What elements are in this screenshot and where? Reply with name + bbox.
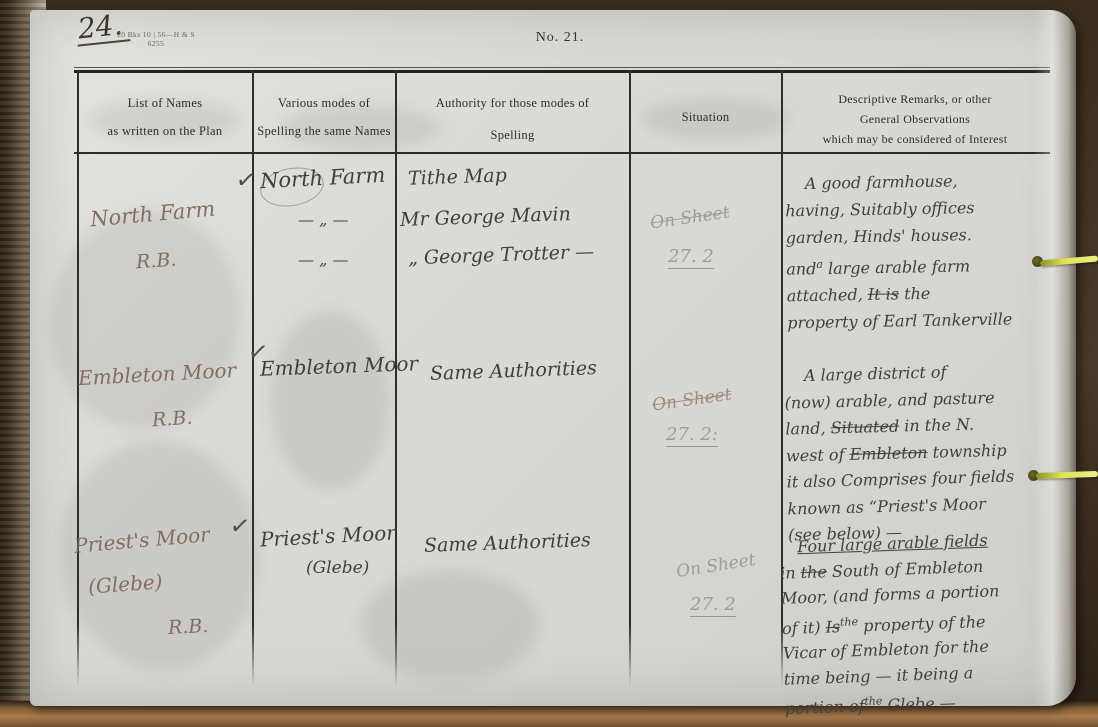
row2-authority: Same Authorities bbox=[430, 357, 597, 385]
remarks-text: township bbox=[927, 440, 1007, 461]
row3-initials: R.B. bbox=[167, 615, 208, 639]
struck-word: the bbox=[800, 562, 827, 582]
column-divider-1 bbox=[252, 70, 254, 686]
remarks-text: the bbox=[899, 284, 931, 304]
header-remarks-line1: Descriptive Remarks, or other bbox=[782, 92, 1048, 107]
remarks-line: property of Earl Tankerville bbox=[787, 305, 1057, 337]
remarks-text: in the N. bbox=[899, 415, 974, 436]
row2-remarks: A large district of (now) arable, and pa… bbox=[784, 356, 1059, 549]
row1-spelling: North Farm bbox=[259, 163, 385, 194]
row1-authority-1: Tithe Map bbox=[408, 164, 508, 189]
header-spelling-line2: Spelling the same Names bbox=[253, 124, 395, 139]
header-names-line1: List of Names bbox=[78, 96, 252, 111]
remarks-text: South of Embleton bbox=[827, 556, 984, 580]
header-names-line2: as written on the Plan bbox=[78, 124, 252, 139]
column-divider-2 bbox=[395, 70, 397, 686]
register-page: 24. 20 Bks 10 | 56—H & S 6255 No. 21. Li… bbox=[30, 10, 1076, 706]
struck-word: It is bbox=[868, 285, 899, 305]
remarks-text: property of the bbox=[858, 612, 986, 635]
printer-imprint-line1: 20 Bks 10 | 56—H & S bbox=[88, 30, 224, 39]
struck-word: Is bbox=[825, 617, 840, 636]
row1-situation-ref: 27. 2 bbox=[668, 246, 714, 267]
row1-remarks: A good farmhouse, having, Suitably offic… bbox=[785, 166, 1058, 337]
table-top-rule-thick bbox=[74, 70, 1050, 73]
row3-situation-ref: 27. 2 bbox=[690, 594, 736, 615]
row1-ditto-1: — „ — bbox=[298, 210, 348, 229]
remarks-text: west of bbox=[786, 444, 850, 465]
row1-authority-3: „ George Trotter — bbox=[408, 241, 595, 269]
remarks-text: land, bbox=[785, 418, 831, 438]
inserted-word: the bbox=[840, 615, 858, 629]
remarks-text: Glebe — bbox=[882, 693, 956, 715]
remarks-text: of it) bbox=[782, 617, 826, 638]
row2-situation-ref: 27. 2: bbox=[666, 424, 718, 445]
inserted-word: the bbox=[864, 695, 882, 709]
header-remarks-line3: which may be considered of Interest bbox=[782, 132, 1048, 147]
row3-authority: Same Authorities bbox=[424, 529, 591, 557]
remarks-text: in bbox=[780, 563, 801, 583]
page-mottling bbox=[36, 198, 255, 442]
surveyor-checkmark: ✓ bbox=[234, 165, 258, 197]
scanned-register-photo: 24. 20 Bks 10 | 56—H & S 6255 No. 21. Li… bbox=[0, 0, 1098, 727]
row3-remarks: Four large arable fields in the South of… bbox=[779, 525, 1061, 722]
row1-ditto-2: — „ — bbox=[298, 250, 348, 269]
printer-imprint: 20 Bks 10 | 56—H & S 6255 bbox=[88, 30, 224, 48]
remarks-line: anda large arable farm bbox=[786, 247, 1057, 283]
row3-spelling: Priest's Moor bbox=[259, 520, 396, 551]
row1-authority-2: Mr George Mavin bbox=[400, 203, 571, 231]
header-situation: Situation bbox=[630, 110, 781, 125]
row3-sheet-number: 27. 2 bbox=[690, 594, 736, 617]
printer-imprint-line2: 6255 bbox=[88, 39, 224, 48]
surveyor-checkmark: ✓ bbox=[228, 511, 252, 543]
header-authority-line2: Spelling bbox=[396, 128, 629, 143]
remarks-text: portion of bbox=[785, 697, 865, 719]
column-divider-3 bbox=[629, 70, 631, 686]
row1-initials: R.B. bbox=[135, 249, 177, 274]
header-authority-line1: Authority for those modes of bbox=[396, 96, 629, 111]
row2-initials: R.B. bbox=[151, 407, 193, 432]
struck-word: Situated bbox=[830, 417, 899, 438]
header-spelling-line1: Various modes of bbox=[253, 96, 395, 111]
binding-thread bbox=[1036, 471, 1098, 479]
remarks-text: attached, bbox=[787, 285, 868, 305]
remarks-text: large arable farm bbox=[823, 256, 970, 278]
row1-situation-sheet: On Sheet bbox=[649, 203, 731, 234]
row2-sheet-number: 27. 2: bbox=[666, 424, 718, 447]
form-number: No. 21. bbox=[500, 30, 620, 46]
struck-word: Embleton bbox=[849, 442, 928, 463]
row2-situation-sheet: On Sheet bbox=[651, 385, 733, 416]
remarks-text: and bbox=[786, 259, 816, 279]
page-mottling bbox=[360, 570, 540, 680]
row3-situation-sheet: On Sheet bbox=[675, 550, 757, 582]
header-remarks-line2: General Observations bbox=[782, 112, 1048, 127]
page-mottling bbox=[270, 310, 390, 490]
header-bottom-rule bbox=[74, 152, 1050, 154]
row1-sheet-number: 27. 2 bbox=[668, 246, 714, 269]
row3-spelling-glebe: (Glebe) bbox=[306, 558, 369, 578]
table-top-rule-thin bbox=[74, 67, 1050, 68]
